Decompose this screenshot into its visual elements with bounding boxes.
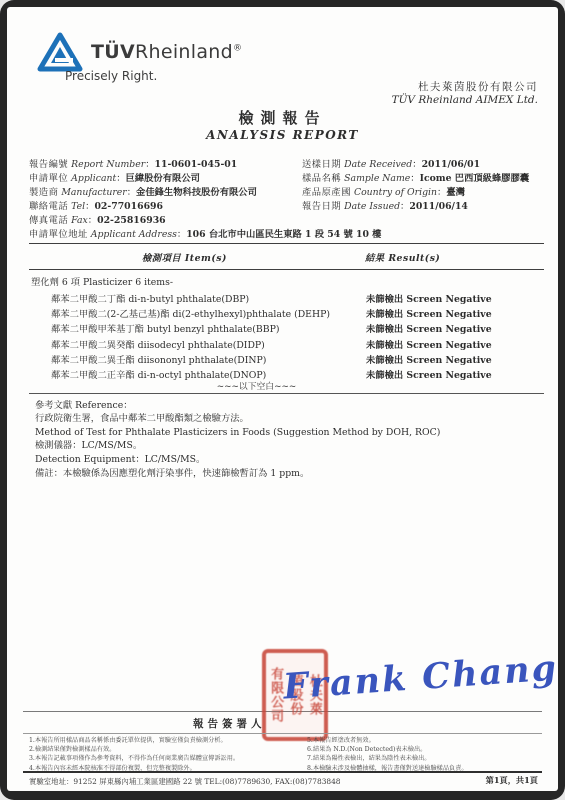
table-header-rule — [29, 269, 544, 270]
footnotes-left-column: 1.本報告所用樣品商品名稱係由委託單位提供，實驗室僅負責檢測分析。 2.檢測結果… — [29, 736, 297, 773]
page-number: 第1頁，共1頁 — [486, 775, 538, 786]
value: 2011/06/01 — [422, 159, 481, 170]
value: 02-25816936 — [97, 215, 166, 226]
label-cn: 製造商 — [29, 187, 58, 198]
table-top-rule — [29, 243, 544, 244]
brand-tuv: TÜV — [91, 41, 135, 63]
value: 106 台北市中山區民生東路 1 段 54 號 10 樓 — [186, 229, 381, 240]
label-cn: 樣品名稱 — [302, 173, 341, 184]
item-result: 未篩檢出 Screen Negative — [366, 306, 492, 320]
column-header-result: 結果 Result(s) — [365, 250, 440, 264]
label-en: Applicant Address — [91, 229, 177, 240]
label-en: Date Received — [344, 159, 412, 170]
info-country-of-origin: 產品原產國 Country of Origin：臺灣 — [302, 186, 529, 200]
label-en: Applicant — [71, 173, 116, 184]
colon: ： — [145, 159, 154, 170]
footer-note: 5.本報告經塗改者無效。 — [307, 736, 557, 745]
item-name-en: butyl benzyl phthalate(BBP) — [147, 324, 280, 335]
item-name-en: di(2-ethylhexyl)phthalate (DEHP) — [173, 309, 330, 320]
item-name-cn: 鄰苯二甲酸二異壬酯 — [51, 355, 135, 366]
colon: ： — [412, 159, 421, 170]
table-row: 鄰苯二甲酸甲苯基丁酯 butyl benzyl phthalate(BBP) — [51, 321, 279, 335]
table-row: 鄰苯二甲酸二異癸酯 diisodecyl phthalate(DIDP) — [51, 337, 265, 351]
table-group-row: 塑化劑 6 項 Plasticizer 6 items- — [31, 274, 173, 288]
value: 臺灣 — [446, 187, 465, 198]
brand-rheinland: Rheinland — [135, 41, 233, 63]
item-result: 未篩檢出 Screen Negative — [366, 291, 492, 305]
issuing-company: 杜夫萊茵股份有限公司 TÜV Rheinland AIMEX Ltd. — [392, 81, 538, 107]
value: 巨緯股份有限公司 — [126, 173, 200, 184]
registered-mark: ® — [233, 44, 242, 54]
label-cn: 傳真電話 — [29, 215, 68, 226]
report-title-cn: 檢測報告 — [7, 110, 558, 127]
remark-line: 備註：本檢驗係為因應塑化劑汙染事件，快速篩檢暫訂為 1 ppm。 — [35, 465, 309, 479]
table-row: 鄰苯二甲酸二異壬酯 diisononyl phthalate(DINP) — [51, 352, 266, 366]
table-row: 鄰苯二甲酸二丁酯 di-n-butyl phthalate(DBP) — [51, 291, 249, 305]
brand-wordmark: TÜVRheinland® — [91, 41, 242, 63]
reference-method-cn: 行政院衛生署，食品中鄰苯二甲酸酯類之檢驗方法。 — [35, 412, 440, 425]
item-name-en: diisononyl phthalate(DINP) — [138, 355, 267, 366]
reference-method-en: Method of Test for Phthalate Plasticizer… — [35, 426, 440, 439]
info-sample-name: 樣品名稱 Sample Name：Icome 巴西頂級蜂膠膠囊 — [302, 172, 529, 186]
label-cn: 送樣日期 — [302, 159, 341, 170]
label-cn: 申請單位地址 — [29, 229, 88, 240]
footer-note: 2.檢測結果僅對檢測樣品有效。 — [29, 745, 297, 754]
label-en: Country of Origin — [354, 187, 437, 198]
footer-note: 6.結果為 N.D.(Non Detected)表未檢出。 — [307, 745, 557, 754]
value: 02-77016696 — [94, 201, 163, 212]
label-cn: 產品原產國 — [302, 187, 351, 198]
label-en: Manufacturer — [61, 187, 126, 198]
report-title-en: ANALYSIS REPORT — [7, 127, 558, 144]
footer-note: 7.結果為陽性表檢出，結果為陰性表未檢出。 — [307, 754, 557, 763]
item-result: 未篩檢出 Screen Negative — [366, 352, 492, 366]
footer-note: 3.本報告記載事項僅作為參考資料，不得作為任何商業廣告媒體宣傳訴訟用。 — [29, 754, 297, 763]
label-en: Tel — [71, 201, 85, 212]
footnotes-top-rule — [23, 733, 542, 734]
colon: ： — [437, 187, 446, 198]
label-cn: 聯絡電話 — [29, 201, 68, 212]
footnotes-right-column: 5.本報告經塗改者無效。 6.結果為 N.D.(Non Detected)表未檢… — [307, 736, 557, 773]
issuing-company-en: TÜV Rheinland AIMEX Ltd. — [392, 94, 538, 107]
info-applicant-address: 申請單位地址 Applicant Address：106 台北市中山區民生東路 … — [29, 228, 381, 242]
report-page: TÜVRheinland® Precisely Right. 杜夫萊茵股份有限公… — [7, 7, 558, 791]
value: 金佳鋒生物科技股份有限公司 — [136, 187, 257, 198]
label-cn: 申請單位 — [29, 173, 68, 184]
tuv-rheinland-logo-icon — [37, 31, 83, 73]
label-en: Report Number — [71, 159, 145, 170]
item-result: 未篩檢出 Screen Negative — [366, 321, 492, 335]
label-en: Sample Name — [344, 173, 410, 184]
info-fax: 傳真電話 Fax：02-25816936 — [29, 214, 381, 228]
lab-address: 實驗室地址：91252 屏東縣內埔工業區建國路 22 號 TEL:(08)778… — [29, 776, 341, 787]
colon: ： — [88, 215, 97, 226]
item-name-cn: 鄰苯二甲酸二丁酯 — [51, 294, 125, 305]
colon: ： — [177, 229, 186, 240]
column-header-item: 檢測項目 Item(s) — [142, 250, 227, 264]
item-name-cn: 鄰苯二甲酸甲苯基丁酯 — [51, 324, 144, 335]
colon: ： — [116, 173, 125, 184]
brand-tagline: Precisely Right. — [65, 69, 157, 83]
colon: ： — [127, 187, 136, 198]
value: 11-0601-045-01 — [155, 159, 238, 170]
blank-below-note: ~~~以下空白~~~ — [29, 379, 484, 392]
reference-heading: 參考文獻 Reference： — [35, 399, 440, 412]
info-date-received: 送樣日期 Date Received：2011/06/01 — [302, 158, 529, 172]
label-cn: 報告日期 — [302, 201, 341, 212]
label-cn: 報告編號 — [29, 159, 68, 170]
value: Icome 巴西頂級蜂膠膠囊 — [420, 173, 530, 184]
item-name-en: di-n-butyl phthalate(DBP) — [128, 294, 249, 305]
report-title: 檢測報告 ANALYSIS REPORT — [7, 110, 558, 144]
label-en: Date Issued — [344, 201, 400, 212]
info-right-column: 送樣日期 Date Received：2011/06/01 樣品名稱 Sampl… — [302, 158, 529, 214]
scanned-report-frame: TÜVRheinland® Precisely Right. 杜夫萊茵股份有限公… — [0, 0, 565, 800]
footer-bottom-rule — [23, 771, 542, 773]
item-name-en: diisodecyl phthalate(DIDP) — [138, 340, 265, 351]
reference-section: 參考文獻 Reference： 行政院衛生署，食品中鄰苯二甲酸酯類之檢驗方法。 … — [35, 399, 440, 466]
info-date-issued: 報告日期 Date Issued：2011/06/14 — [302, 200, 529, 214]
label-en: Fax — [71, 215, 88, 226]
footer-note: 1.本報告所用樣品商品名稱係由委託單位提供，實驗室僅負責檢測分析。 — [29, 736, 297, 745]
table-row: 鄰苯二甲酸二(2-乙基己基)酯 di(2-ethylhexyl)phthalat… — [51, 306, 330, 320]
issuing-company-cn: 杜夫萊茵股份有限公司 — [392, 81, 538, 94]
seal-text: 有限公司 — [268, 667, 283, 723]
item-name-cn: 鄰苯二甲酸二異癸酯 — [51, 340, 135, 351]
colon: ： — [400, 201, 409, 212]
item-name-cn: 鄰苯二甲酸二(2-乙基己基)酯 — [51, 309, 170, 320]
value: 2011/06/14 — [409, 201, 468, 212]
detection-equipment-cn: 檢測儀器：LC/MS/MS。 — [35, 439, 440, 452]
signer-label: 報告簽署人 — [193, 716, 266, 731]
item-result: 未篩檢出 Screen Negative — [366, 337, 492, 351]
colon: ： — [410, 173, 419, 184]
table-bottom-rule — [29, 393, 544, 394]
